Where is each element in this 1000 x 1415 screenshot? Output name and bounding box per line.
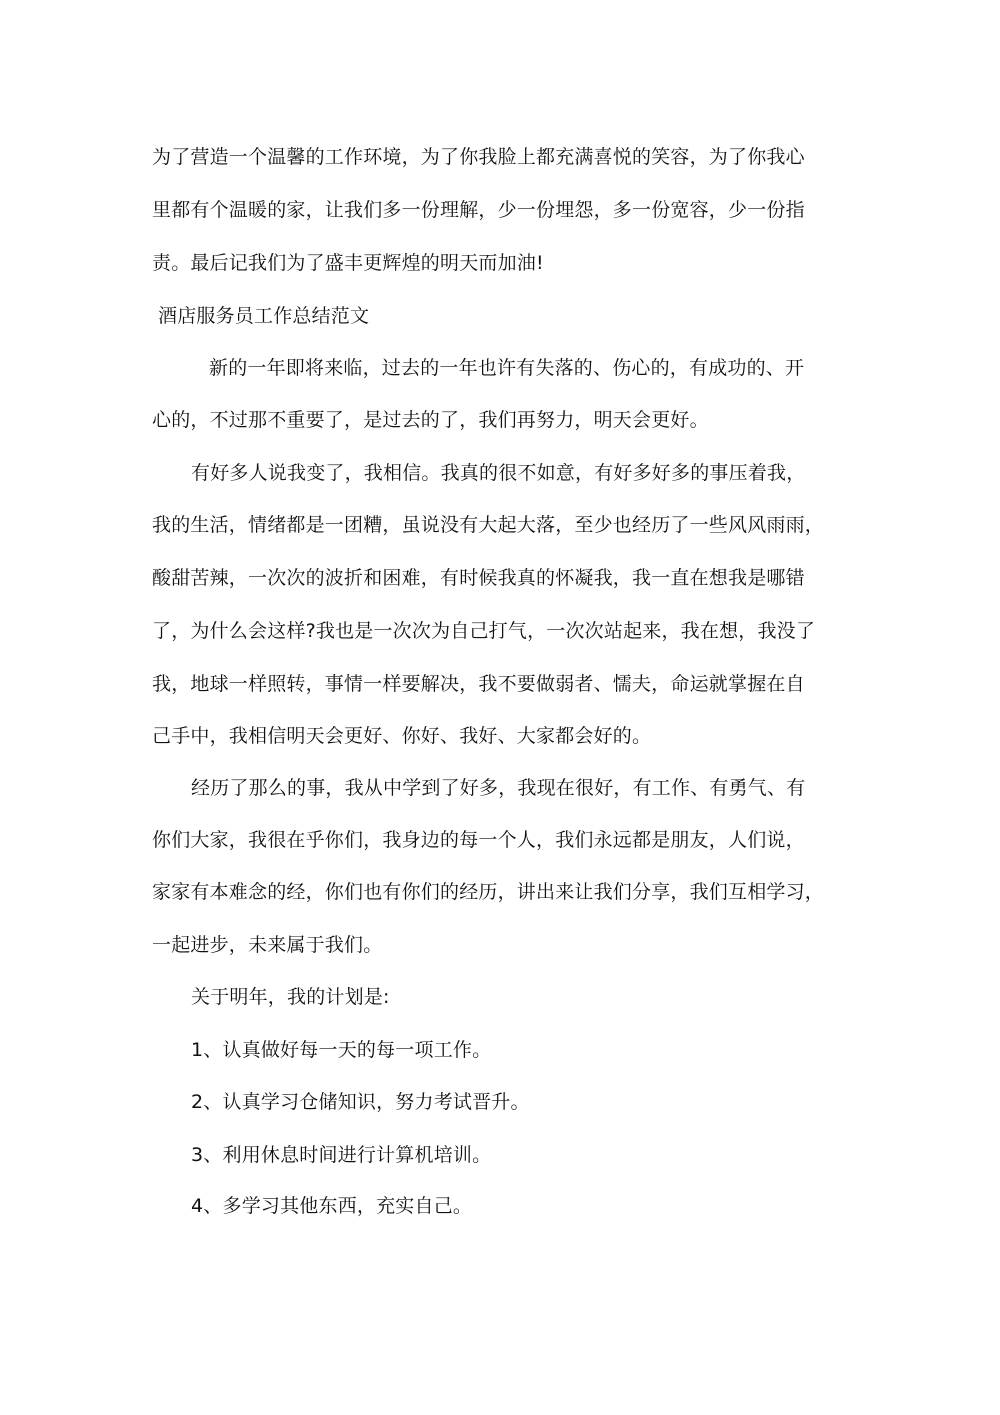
intro-line-3: 责。最后记我们为了盛丰更辉煌的明天而加油! [152,251,544,275]
paragraph-1-line-1: 新的一年即将来临，过去的一年也许有失落的、伤心的，有成功的、开 [209,356,804,380]
paragraph-2-line-3: 酸甜苦辣，一次次的波折和困难，有时候我真的怀凝我，我一直在想我是哪错 [152,566,805,590]
paragraph-3-line-2: 你们大家，我很在乎你们，我身边的每一个人，我们永远都是朋友，人们说， [152,828,805,852]
plan-item-4: 4、多学习其他东西，充实自己。 [191,1194,472,1218]
plan-item-1: 1、认真做好每一天的每一项工作。 [191,1038,491,1062]
document-page: 为了营造一个温馨的工作环境，为了你我脸上都充满喜悦的笑容，为了你我心 里都有个温… [0,0,1000,1415]
paragraph-2-line-1: 有好多人说我变了，我相信。我真的很不如意，有好多好多的事压着我， [191,461,805,485]
paragraph-3-line-3: 家家有本难念的经，你们也有你们的经历，讲出来让我们分享，我们互相学习， [152,880,824,904]
plan-intro: 关于明年，我的计划是: [191,985,390,1009]
paragraph-3-line-4: 一起进步，未来属于我们。 [152,933,382,957]
plan-item-2: 2、认真学习仓储知识，努力考试晋升。 [191,1090,530,1114]
document-title: 酒店服务员工作总结范文 [158,304,369,328]
paragraph-2-line-5: 我，地球一样照转，事情一样要解决，我不要做弱者、懦夫，命运就掌握在自 [152,672,805,696]
paragraph-2-line-2: 我的生活，情绪都是一团糟，虽说没有大起大落，至少也经历了一些风风雨雨， [152,513,824,537]
paragraph-2-line-4: 了，为什么会这样?我也是一次次为自己打气，一次次站起来，我在想，我没了 [152,619,815,643]
plan-item-3: 3、利用休息时间进行计算机培训。 [191,1143,491,1167]
intro-line-1: 为了营造一个温馨的工作环境，为了你我脸上都充满喜悦的笑容，为了你我心 [152,145,805,169]
paragraph-3-line-1: 经历了那么的事，我从中学到了好多，我现在很好，有工作、有勇气、有 [191,776,805,800]
intro-line-2: 里都有个温暖的家，让我们多一份理解，少一份埋怨，多一份宽容，少一份指 [152,198,805,222]
paragraph-2-line-6: 己手中，我相信明天会更好、你好、我好、大家都会好的。 [152,724,651,748]
paragraph-1-line-2: 心的，不过那不重要了，是过去的了，我们再努力，明天会更好。 [152,408,709,432]
